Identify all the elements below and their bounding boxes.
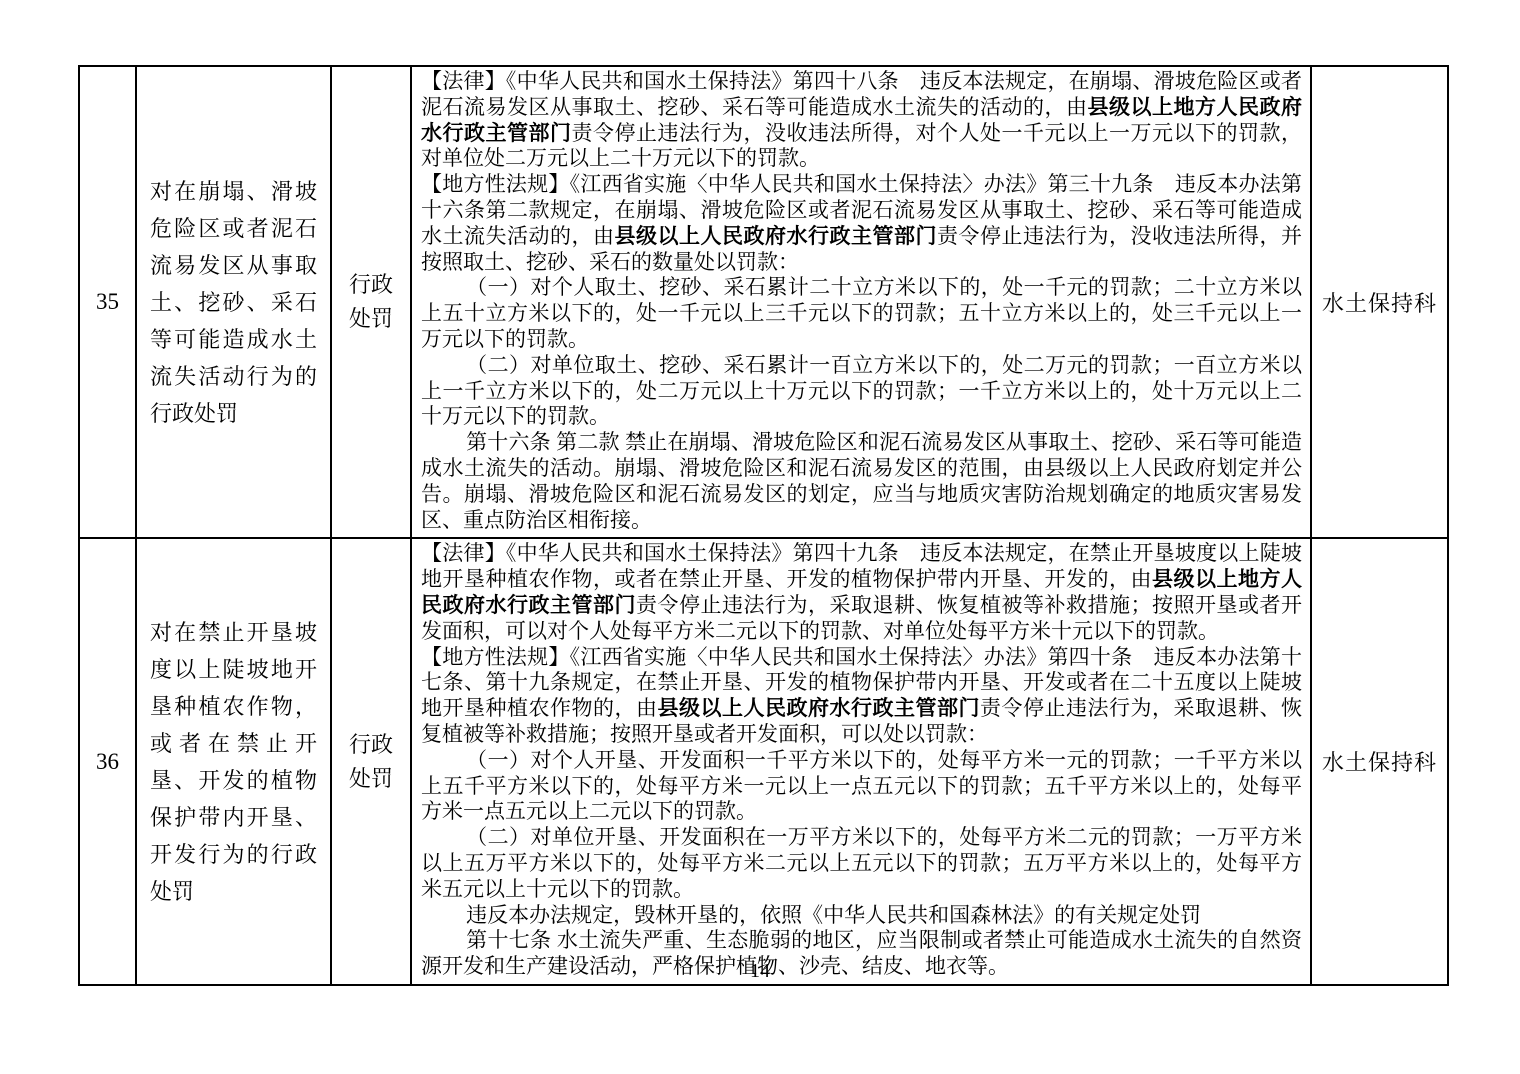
legal-paragraph: 第十六条 第二款 禁止在崩塌、滑坡危险区和泥石流易发区从事取土、挖砂、采石等可能… [421,430,1302,533]
penalty-item-cell: 对在崩塌、滑坡危险区或者泥石流易发区从事取土、挖砂、采石等可能造成水土流失活动行… [136,66,331,538]
legal-text: 第十六条 第二款 禁止在崩塌、滑坡危险区和泥石流易发区从事取土、挖砂、采石等可能… [421,430,1302,531]
legal-basis-cell: 【法律】《中华人民共和国水土保持法》第四十九条 违反本法规定，在禁止开垦坡度以上… [411,538,1311,985]
department-name: 水土保持科 [1322,291,1437,316]
document-page: 35 对在崩塌、滑坡危险区或者泥石流易发区从事取土、挖砂、采石等可能造成水土流失… [0,0,1520,1074]
legal-paragraph: （二）对单位开垦、开发面积在一万平方米以下的，处每平方米二元的罚款；一万平方米以… [421,825,1302,902]
penalty-type: 行政处罚 [349,732,393,791]
penalty-type-cell: 行政处罚 [331,538,411,985]
legal-text-bold: 县级以上人民政府水行政主管部门 [658,696,981,720]
legal-text: （一）对个人开垦、开发面积一千平方米以下的，处每平方米一元的罚款；一千平方米以上… [421,748,1302,824]
legal-text: 违反本办法规定，毁林开垦的，依照《中华人民共和国森林法》的有关规定处罚 [466,903,1201,927]
legal-paragraph: 【地方性法规】《江西省实施〈中华人民共和国水土保持法〉办法》第三十九条 违反本办… [421,172,1302,275]
department-cell: 水土保持科 [1311,538,1448,985]
penalty-type: 行政处罚 [349,272,393,331]
legal-basis-text: 【法律】《中华人民共和国水土保持法》第四十九条 违反本法规定，在禁止开垦坡度以上… [421,541,1302,980]
legal-text-bold: 县级以上人民政府水行政主管部门 [615,224,938,248]
table-row: 36 对在禁止开垦坡度以上陡坡地开垦种植农作物，或者在禁止开垦、开发的植物保护带… [79,538,1448,985]
legal-basis-cell: 【法律】《中华人民共和国水土保持法》第四十八条 违反本法规定，在崩塌、滑坡危险区… [411,66,1311,538]
penalty-item-cell: 对在禁止开垦坡度以上陡坡地开垦种植农作物，或者在禁止开垦、开发的植物保护带内开垦… [136,538,331,985]
legal-text: （一）对个人取土、挖砂、采石累计二十立方米以下的，处一千元的罚款；二十立方米以上… [421,275,1302,351]
penalty-table-body: 35 对在崩塌、滑坡危险区或者泥石流易发区从事取土、挖砂、采石等可能造成水土流失… [79,66,1448,985]
legal-paragraph: 【地方性法规】《江西省实施〈中华人民共和国水土保持法〉办法》第四十条 违反本办法… [421,645,1302,748]
penalty-item-name: 对在禁止开垦坡度以上陡坡地开垦种植农作物，或者在禁止开垦、开发的植物保护带内开垦… [150,620,317,904]
penalty-item-name: 对在崩塌、滑坡危险区或者泥石流易发区从事取土、挖砂、采石等可能造成水土流失活动行… [150,179,317,426]
penalty-type-cell: 行政处罚 [331,66,411,538]
row-number-cell: 35 [79,66,136,538]
row-number: 36 [96,749,119,774]
legal-paragraph: 违反本办法规定，毁林开垦的，依照《中华人民共和国森林法》的有关规定处罚 [421,903,1302,929]
department-cell: 水土保持科 [1311,66,1448,538]
legal-paragraph: 【法律】《中华人民共和国水土保持法》第四十九条 违反本法规定，在禁止开垦坡度以上… [421,541,1302,644]
legal-text: （二）对单位取土、挖砂、采石累计一百立方米以下的，处二万元的罚款；一百立方米以上… [421,353,1302,429]
penalty-table: 35 对在崩塌、滑坡危险区或者泥石流易发区从事取土、挖砂、采石等可能造成水土流失… [78,65,1449,986]
department-name: 水土保持科 [1322,750,1437,775]
legal-paragraph: （一）对个人开垦、开发面积一千平方米以下的，处每平方米一元的罚款；一千平方米以上… [421,748,1302,825]
row-number: 35 [96,289,119,314]
legal-paragraph: 【法律】《中华人民共和国水土保持法》第四十八条 违反本法规定，在崩塌、滑坡危险区… [421,69,1302,172]
table-row: 35 对在崩塌、滑坡危险区或者泥石流易发区从事取土、挖砂、采石等可能造成水土流失… [79,66,1448,538]
legal-paragraph: （一）对个人取土、挖砂、采石累计二十立方米以下的，处一千元的罚款；二十立方米以上… [421,275,1302,352]
row-number-cell: 36 [79,538,136,985]
legal-text: （二）对单位开垦、开发面积在一万平方米以下的，处每平方米二元的罚款；一万平方米以… [421,825,1302,901]
legal-basis-text: 【法律】《中华人民共和国水土保持法》第四十八条 违反本法规定，在崩塌、滑坡危险区… [421,69,1302,533]
page-number: 14 [0,960,1520,983]
legal-paragraph: （二）对单位取土、挖砂、采石累计一百立方米以下的，处二万元的罚款；一百立方米以上… [421,353,1302,430]
